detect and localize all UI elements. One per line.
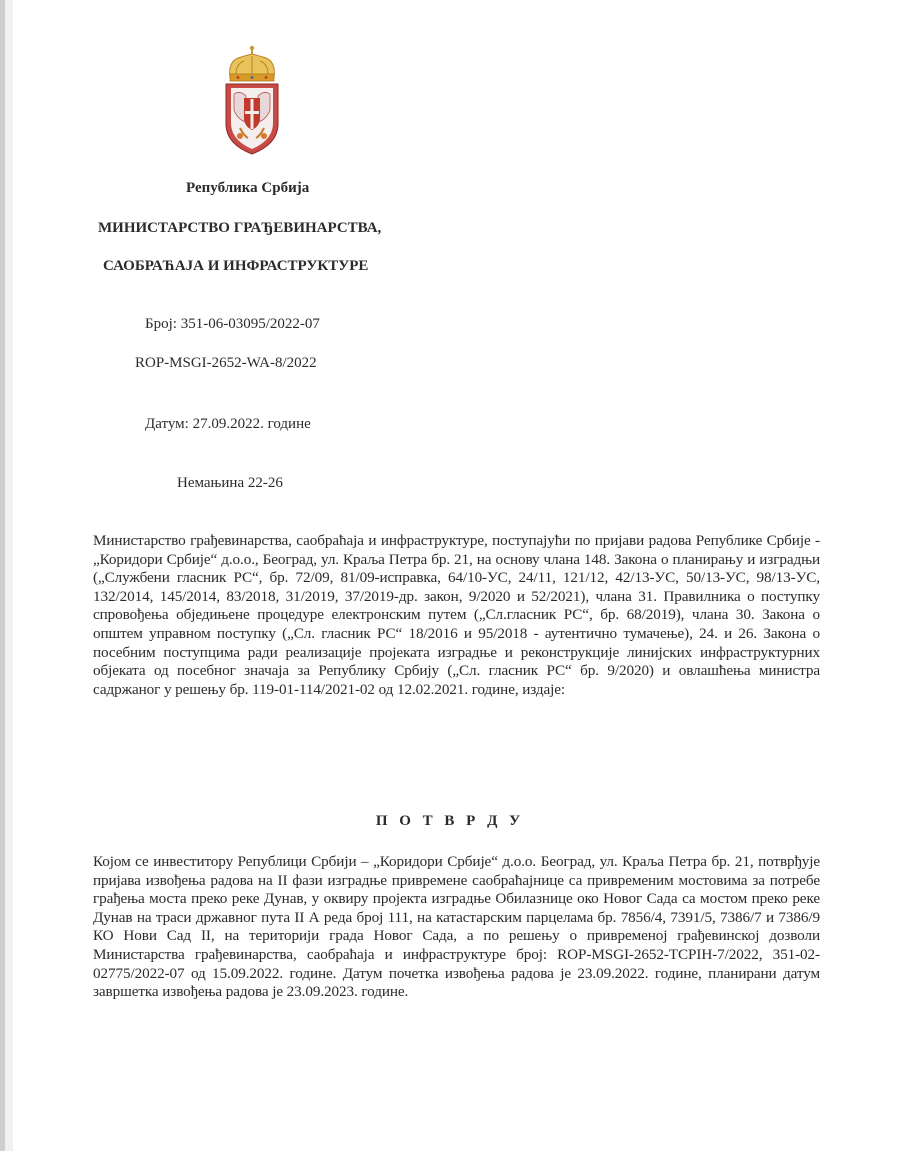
rop-number: ROP-MSGI-2652-WA-8/2022 xyxy=(135,355,317,372)
ministry-address: Немањина 22-26 xyxy=(177,475,283,492)
header-republic: Република Србија xyxy=(186,180,309,197)
header-ministry-line1: МИНИСТАРСТВО ГРАЂЕВИНАРСТВА, xyxy=(98,220,381,237)
header-ministry-line2: САОБРАЋАЈА И ИНФРАСТРУКТУРЕ xyxy=(103,258,368,275)
body-paragraph: Којом се инвеститору Републици Србији – … xyxy=(93,853,820,1002)
document-number: Број: 351-06-03095/2022-07 xyxy=(145,316,320,333)
document-title: П О Т В Р Д У xyxy=(0,813,900,830)
serbia-coat-of-arms-icon xyxy=(222,44,282,156)
intro-paragraph: Министарство грађевинарства, саобраћаја … xyxy=(93,532,820,699)
document-page: Република Србија МИНИСТАРСТВО ГРАЂЕВИНАР… xyxy=(0,0,900,1151)
document-date: Датум: 27.09.2022. године xyxy=(145,416,311,433)
